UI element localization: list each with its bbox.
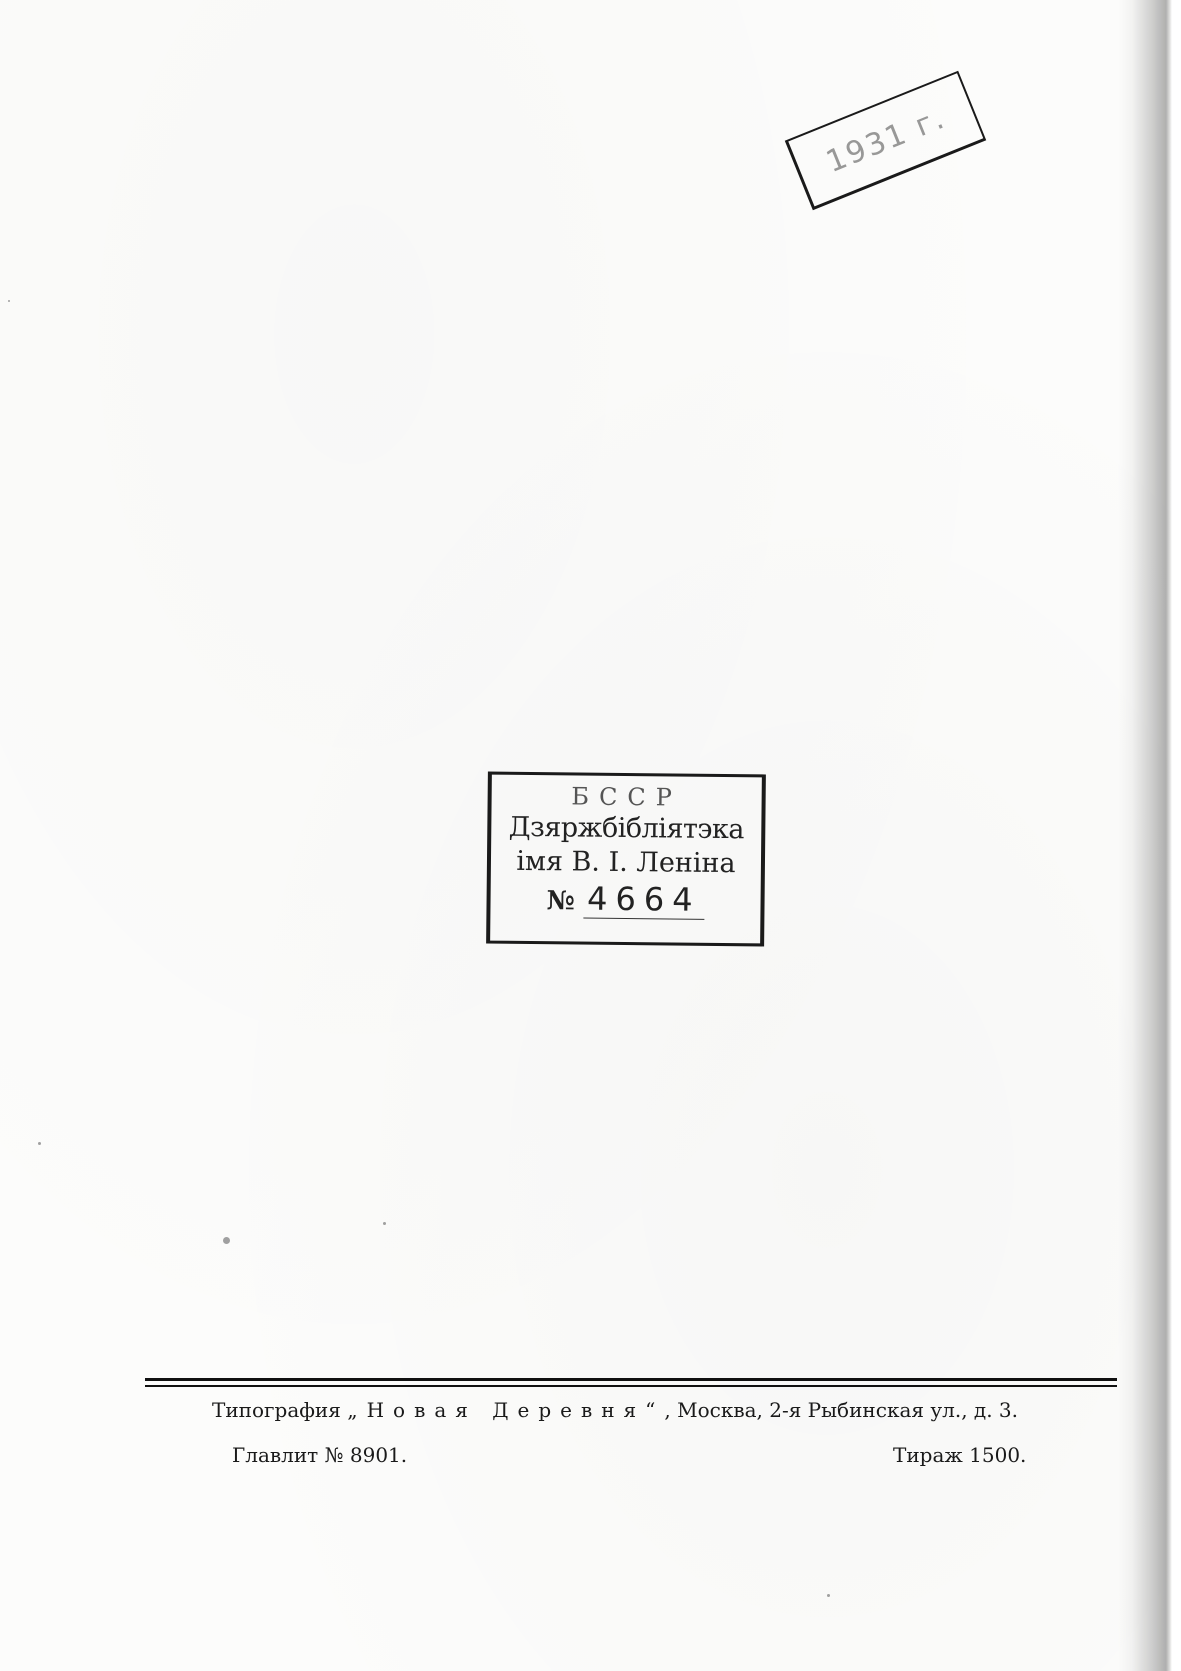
ink-speck (827, 1594, 830, 1597)
ink-speck (383, 1222, 386, 1225)
print-run: Тираж 1500. (893, 1443, 1026, 1467)
inventory-number-value: 4664 (583, 880, 705, 920)
ink-speck (38, 1142, 41, 1145)
scanned-page: 1931 г. БССР Дзяржбібліятэка імя В. І. Л… (0, 0, 1181, 1671)
stamp-inventory-number: № 4664 (490, 879, 760, 923)
printer-address: , Москва, 2-я Рыбинская ул., д. 3. (664, 1398, 1018, 1422)
number-sign: № (546, 886, 575, 916)
ink-speck (223, 1237, 230, 1244)
printer-name: „Новая Деревня“ (347, 1398, 664, 1422)
printer-label: Типография (212, 1398, 341, 1422)
imprint-rule-top (145, 1378, 1117, 1381)
stamp-library-dedication: імя В. І. Леніна (491, 845, 761, 882)
censor-number: Главлит № 8901. (232, 1443, 407, 1467)
stamp-library-name: Дзяржбібліятэка (491, 811, 761, 848)
imprint-printer-line: Типография „Новая Деревня“, Москва, 2-я … (212, 1398, 1072, 1422)
library-stamp: БССР Дзяржбібліятэка імя В. І. Леніна № … (486, 772, 766, 947)
page-edge-shadow (1118, 0, 1181, 1671)
year-stamp: 1931 г. (785, 71, 986, 211)
imprint-rule-bottom (145, 1385, 1117, 1387)
ink-speck (8, 300, 10, 302)
stamp-republic: БССР (491, 781, 761, 814)
year-stamp-text: 1931 г. (821, 100, 950, 179)
